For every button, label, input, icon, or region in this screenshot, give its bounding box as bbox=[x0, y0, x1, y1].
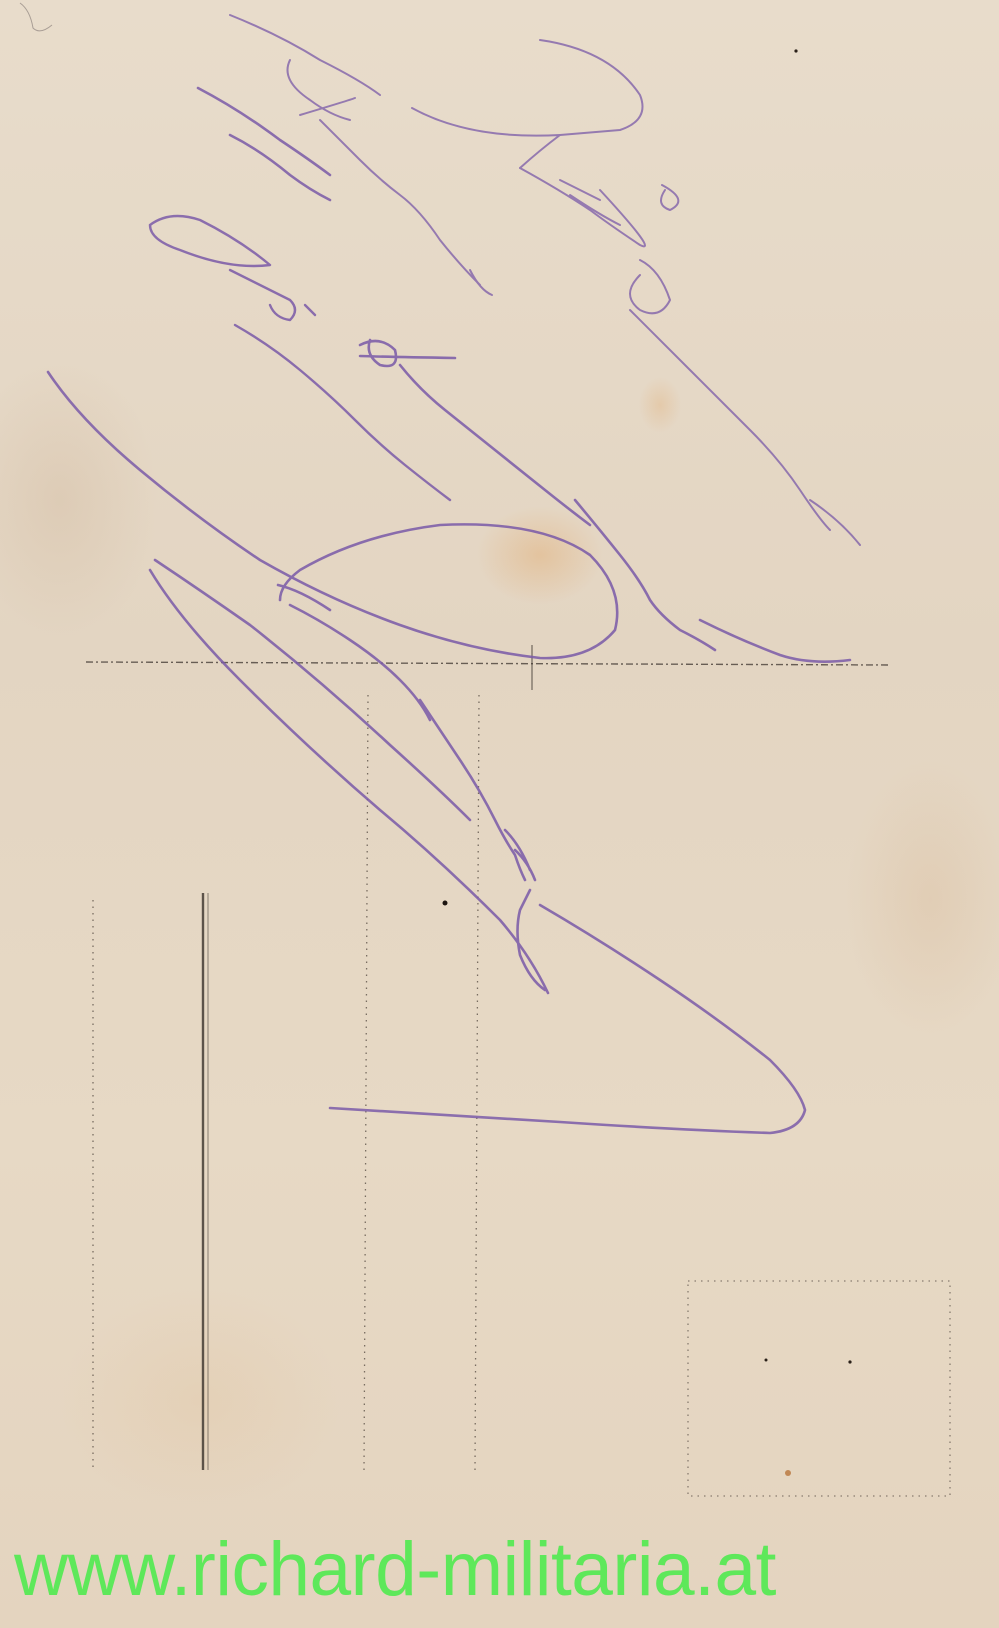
postcard-reverse: www.richard-militaria.at bbox=[0, 0, 999, 1628]
handwriting-line-3 bbox=[198, 88, 850, 662]
signature bbox=[48, 372, 805, 1133]
watermark-url: www.richard-militaria.at bbox=[14, 1532, 776, 1608]
handwriting-line-2 bbox=[230, 15, 860, 545]
handwriting-line-1 bbox=[412, 40, 678, 246]
handwriting bbox=[0, 0, 999, 1628]
